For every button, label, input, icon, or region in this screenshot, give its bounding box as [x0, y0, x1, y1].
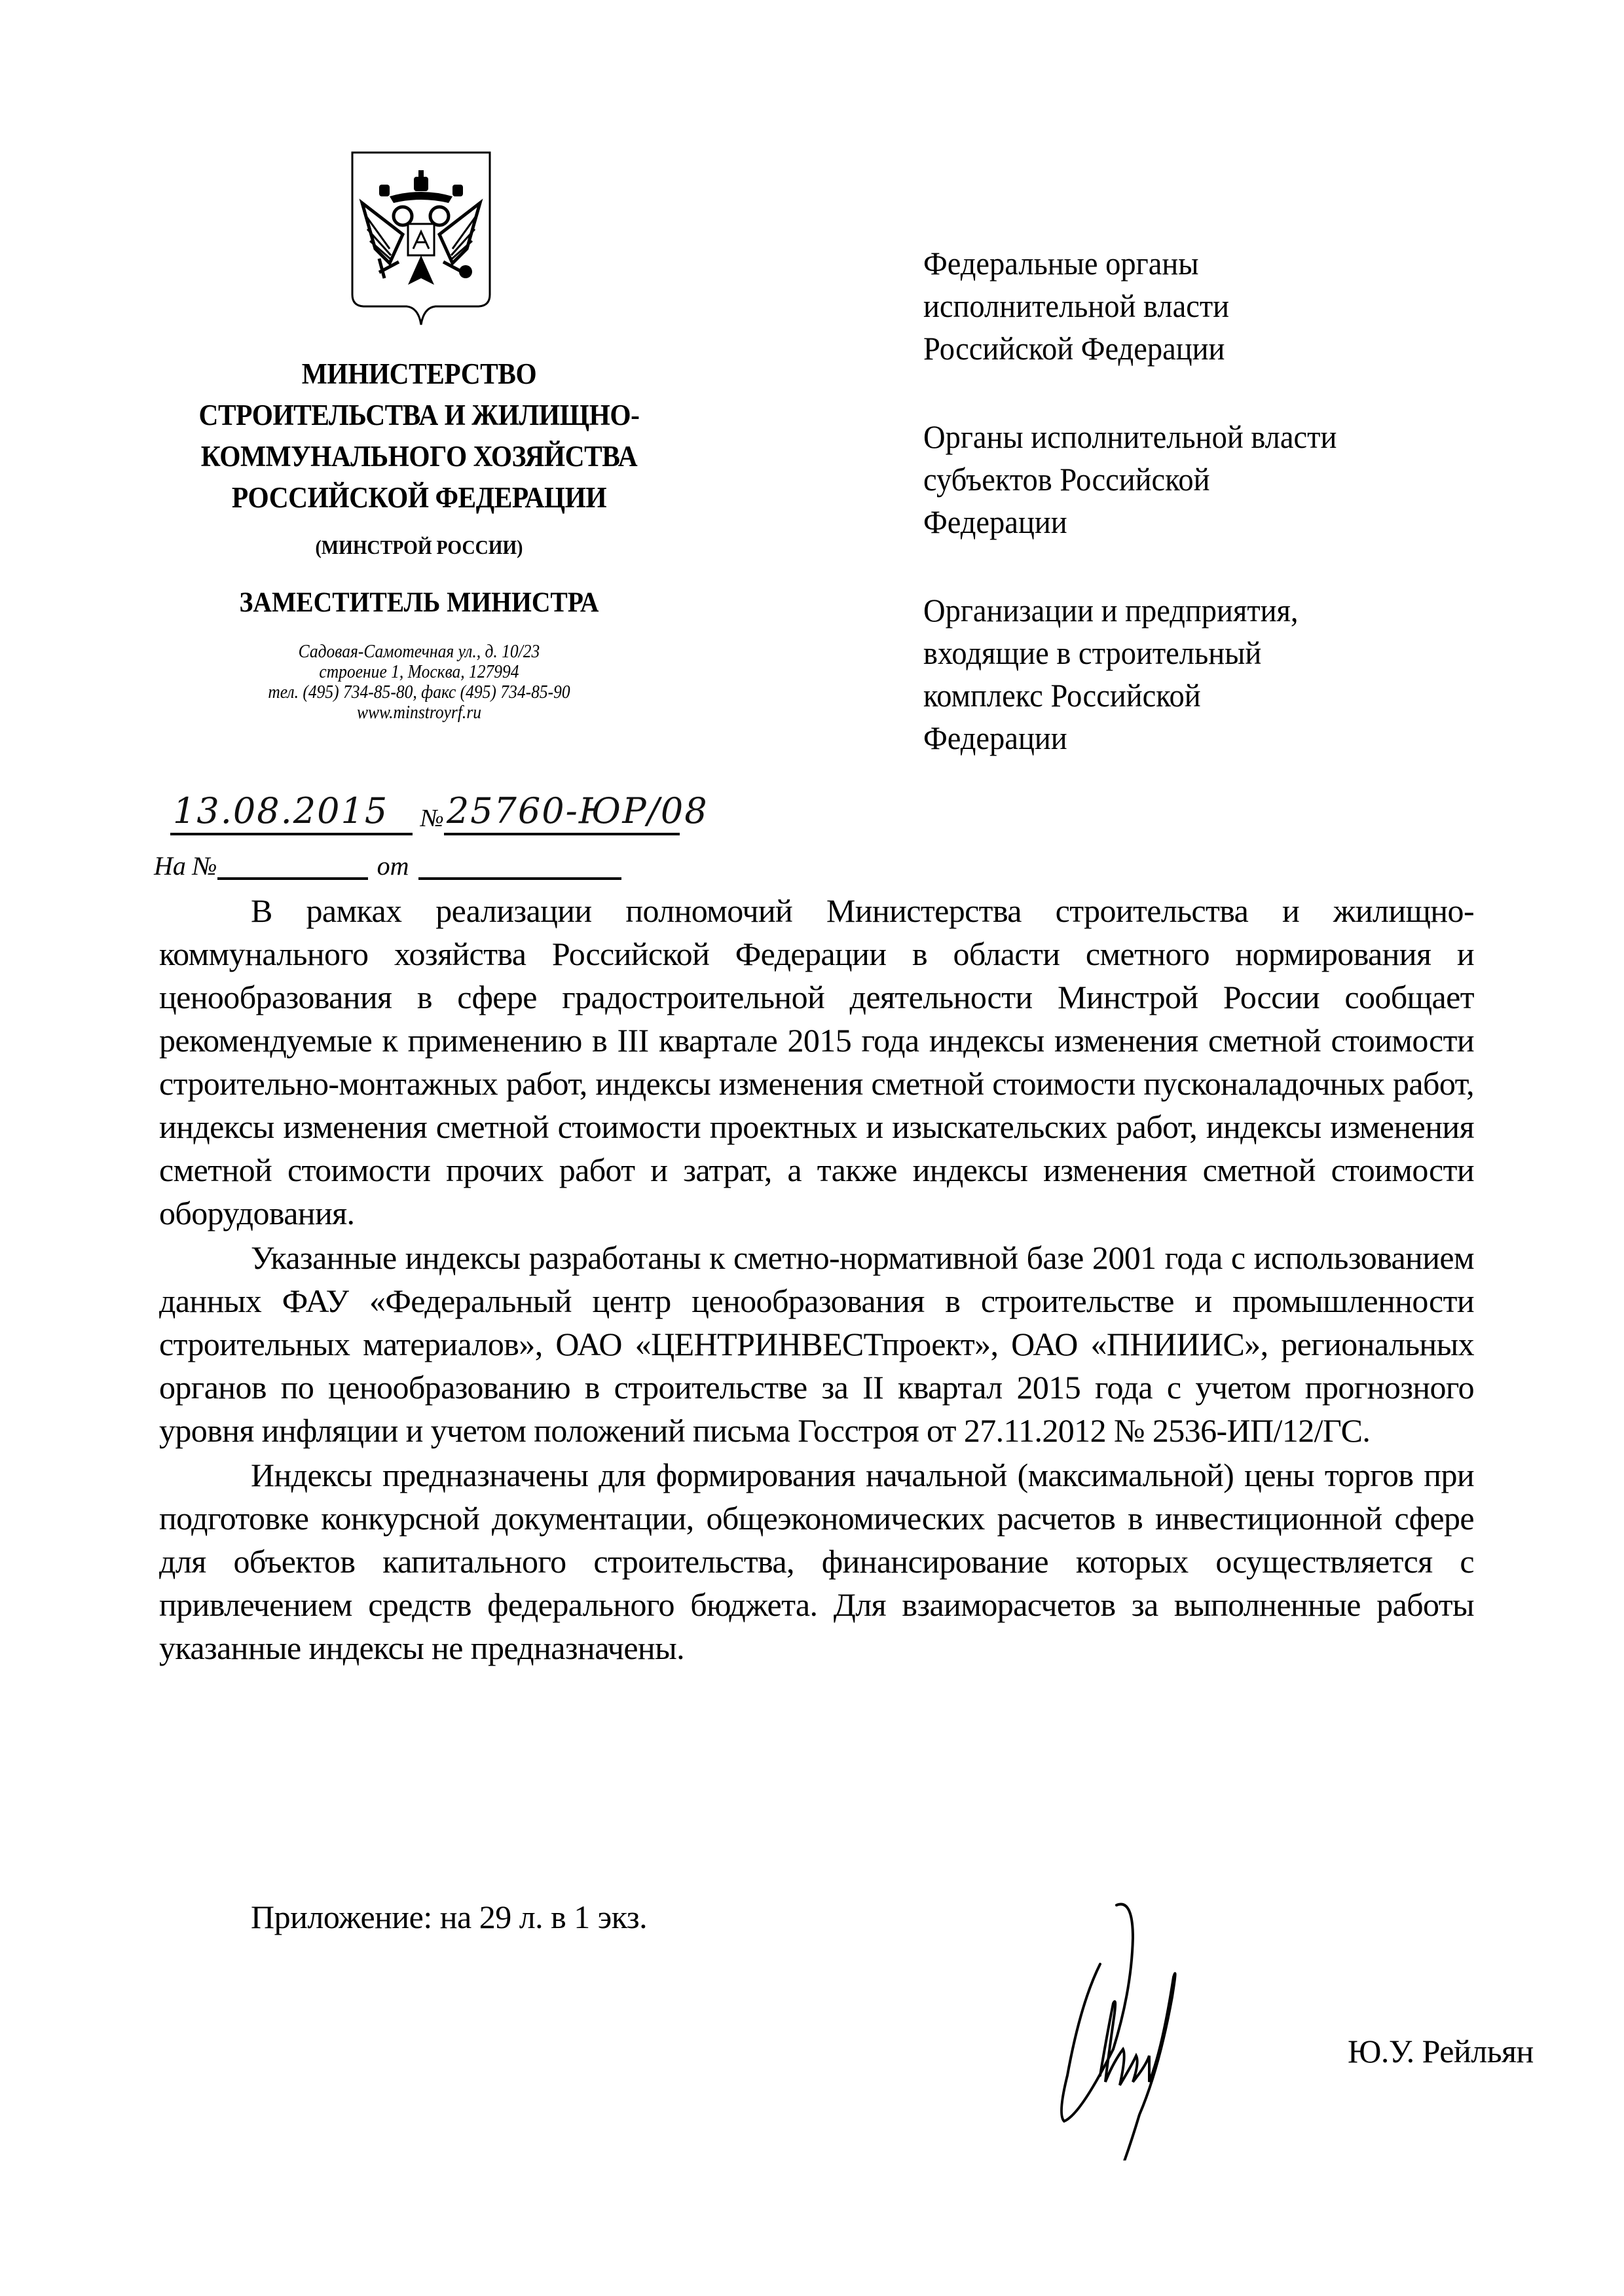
addressee-line: субъектов Российской	[923, 458, 1447, 501]
ministry-address: Садовая-Самотечная ул., д. 10/23 строени…	[183, 642, 655, 723]
addressee-line: входящие в строительный	[923, 632, 1447, 674]
reply-to-date-blank	[418, 876, 621, 880]
body-paragraph: Указанные индексы разработаны к сметно-н…	[159, 1236, 1474, 1452]
registration-block: 13.08.2015 № 25760-ЮР/08 На № от	[170, 773, 714, 884]
reply-to-label: На №	[154, 850, 217, 884]
ministry-name-line: РОССИЙСКОЙ ФЕДЕРАЦИИ	[172, 477, 666, 519]
from-label: от	[377, 850, 409, 884]
ministry-short-name: (МИНСТРОЙ РОССИИ)	[177, 534, 661, 560]
addressee-group: Федеральные органы исполнительной власти…	[923, 242, 1486, 370]
outgoing-date-field: 13.08.2015	[170, 790, 413, 835]
addressee-group: Организации и предприятия, входящие в ст…	[923, 589, 1486, 759]
addressee-line: Организации и предприятия,	[923, 589, 1447, 632]
address-line: строение 1, Москва, 127994	[183, 662, 655, 682]
addressee-line: Федеральные органы	[923, 242, 1447, 285]
addressee-line: исполнительной власти	[923, 285, 1447, 327]
outgoing-number: 25760-ЮР/08	[444, 790, 711, 833]
address-line: Садовая-Самотечная ул., д. 10/23	[183, 642, 655, 662]
outgoing-number-field: 25760-ЮР/08	[444, 790, 680, 835]
addressee-line: Органы исполнительной власти	[923, 416, 1447, 458]
addressee-block: Федеральные органы исполнительной власти…	[923, 242, 1486, 805]
signer-name: Ю.У. Рейльян	[1348, 2030, 1534, 2073]
signature	[1002, 1899, 1211, 2160]
addressee-line: Федерации	[923, 501, 1447, 543]
reply-to-number-blank	[217, 876, 368, 880]
ministry-name-line: СТРОИТЕЛЬСТВА И ЖИЛИЩНО-	[172, 395, 666, 436]
ministry-name-line: КОММУНАЛЬНОГО ХОЗЯЙСТВА	[172, 436, 666, 477]
addressee-line: Федерации	[923, 717, 1447, 759]
addressee-group: Органы исполнительной власти субъектов Р…	[923, 416, 1486, 543]
body-paragraph: Индексы предназначены для формирования н…	[159, 1453, 1474, 1669]
number-label: №	[420, 804, 444, 835]
body-paragraph: В рамках реализации полномочий Министерс…	[159, 889, 1474, 1235]
website-link: www.minstroyrf.ru	[183, 702, 655, 723]
coat-of-arms-emblem	[350, 151, 492, 326]
addressee-line: Российской Федерации	[923, 327, 1447, 370]
letter-body: В рамках реализации полномочий Министерс…	[159, 889, 1474, 1671]
appendix-note: Приложение: на 29 л. в 1 экз.	[251, 1895, 647, 1939]
russian-coat-of-arms-icon	[350, 151, 492, 326]
outgoing-date: 13.08.2015	[170, 790, 391, 833]
addressee-line: комплекс Российской	[923, 674, 1447, 717]
sender-position: ЗАМЕСТИТЕЛЬ МИНИСТРА	[172, 587, 666, 619]
ministry-letterhead: МИНИСТЕРСТВО СТРОИТЕЛЬСТВА И ЖИЛИЩНО- КО…	[151, 354, 688, 723]
address-line: тел. (495) 734-85-80, факс (495) 734-85-…	[183, 682, 655, 702]
handwritten-signature-icon	[1002, 1899, 1211, 2160]
ministry-name-line: МИНИСТЕРСТВО	[172, 354, 666, 395]
